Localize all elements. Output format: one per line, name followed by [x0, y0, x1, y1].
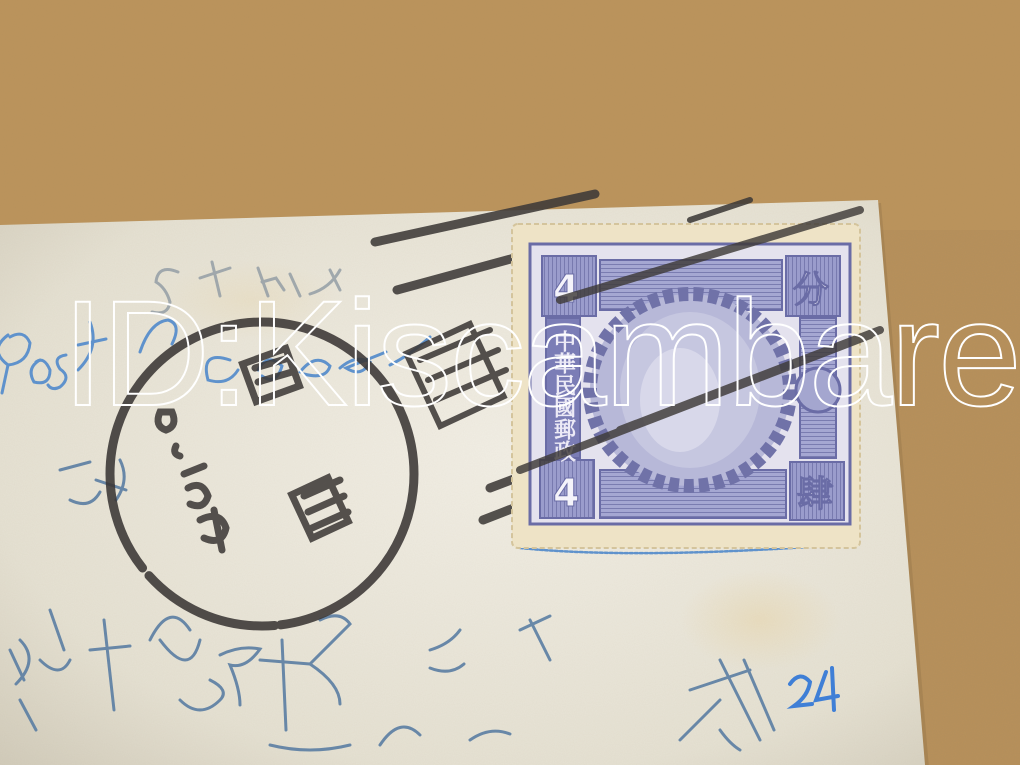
stamp-value-top-right: 分	[793, 270, 829, 311]
postage-stamp: 4 4 分 肆 中華民國郵政	[512, 224, 860, 548]
stamp-value-top-left: 4	[553, 267, 579, 311]
stamp-value-bottom-left: 4	[553, 471, 579, 515]
stamp-side-text: 中華民國郵政	[551, 329, 576, 463]
stamp-value-bottom-right: 肆	[797, 474, 834, 515]
postcard-photo: 4 4 分 肆 中華民國郵政	[0, 0, 1020, 765]
